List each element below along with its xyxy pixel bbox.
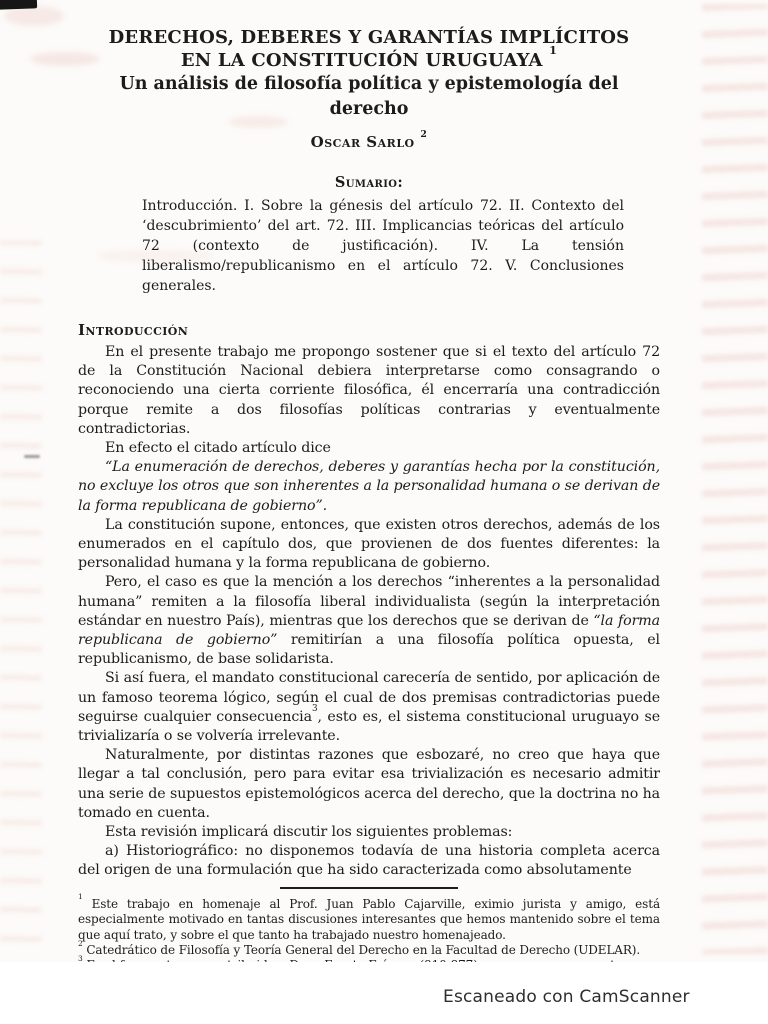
footnote-marker: 1 <box>78 892 83 901</box>
article-subtitle: Un análisis de filosofía política y epis… <box>78 72 660 122</box>
section-heading-introduction: Introducción <box>78 322 660 339</box>
body-paragraph: En efecto el citado artículo dice <box>78 439 660 458</box>
scanned-page-view: DERECHOS, DEBERES Y GARANTÍAS IMPLÍCITOS… <box>0 0 768 1024</box>
body-paragraph: Naturalmente, por distintas razones que … <box>78 746 660 823</box>
scan-artifact-edge-dash <box>24 455 40 458</box>
body-paragraph: Esta revisión implicará discutir los sig… <box>78 823 660 842</box>
scanned-paper: DERECHOS, DEBERES Y GARANTÍAS IMPLÍCITOS… <box>0 0 768 962</box>
author-name: Oscar Sarlo <box>311 133 415 151</box>
footnote-ref-3: 3 <box>312 704 318 714</box>
author-footnote-ref: 2 <box>420 129 427 140</box>
footnote-marker: 2 <box>78 939 83 948</box>
footnotes-block: 1 Este trabajo en homenaje al Prof. Juan… <box>78 897 660 962</box>
camscanner-watermark: Escaneado con CamScanner <box>443 987 690 1007</box>
author-line: Oscar Sarlo 2 <box>78 134 660 151</box>
body-paragraph: En el presente trabajo me propongo soste… <box>78 343 660 439</box>
footnote-1: 1 Este trabajo en homenaje al Prof. Juan… <box>78 897 660 943</box>
bleed-through-left-margin <box>0 240 42 956</box>
scan-artifact-corner-mark <box>0 0 37 10</box>
footnote-marker: 3 <box>78 954 83 962</box>
article-body: En el presente trabajo me propongo soste… <box>78 343 660 881</box>
summary-heading: Sumario: <box>78 175 660 191</box>
body-paragraph: Pero, el caso es que la mención a los de… <box>78 573 660 669</box>
title-footnote-ref: 1 <box>549 44 557 57</box>
footnote-divider <box>280 887 458 889</box>
footnote-3: 3 Es el famoso teorema atribuido a Duns … <box>78 958 660 962</box>
title-line-1: DERECHOS, DEBERES Y GARANTÍAS IMPLÍCITOS <box>78 26 660 49</box>
article-title: DERECHOS, DEBERES Y GARANTÍAS IMPLÍCITOS… <box>78 0 660 122</box>
body-paragraph: Si así fuera, el mandato constitucional … <box>78 669 660 746</box>
body-paragraph: La constitución supone, entonces, que ex… <box>78 516 660 574</box>
bleed-through-right-margin <box>702 4 768 954</box>
constitution-quote: “La enumeración de derechos, deberes y g… <box>78 458 660 516</box>
text-column: DERECHOS, DEBERES Y GARANTÍAS IMPLÍCITOS… <box>78 0 660 962</box>
summary-text: Introducción. I. Sobre la génesis del ar… <box>142 196 624 296</box>
body-paragraph: a) Historiográfico: no disponemos todaví… <box>78 842 660 880</box>
title-line-2: EN LA CONSTITUCIÓN URUGUAYA 1 <box>78 49 660 72</box>
footnote-2: 2 Catedrático de Filosofía y Teoría Gene… <box>78 943 660 958</box>
